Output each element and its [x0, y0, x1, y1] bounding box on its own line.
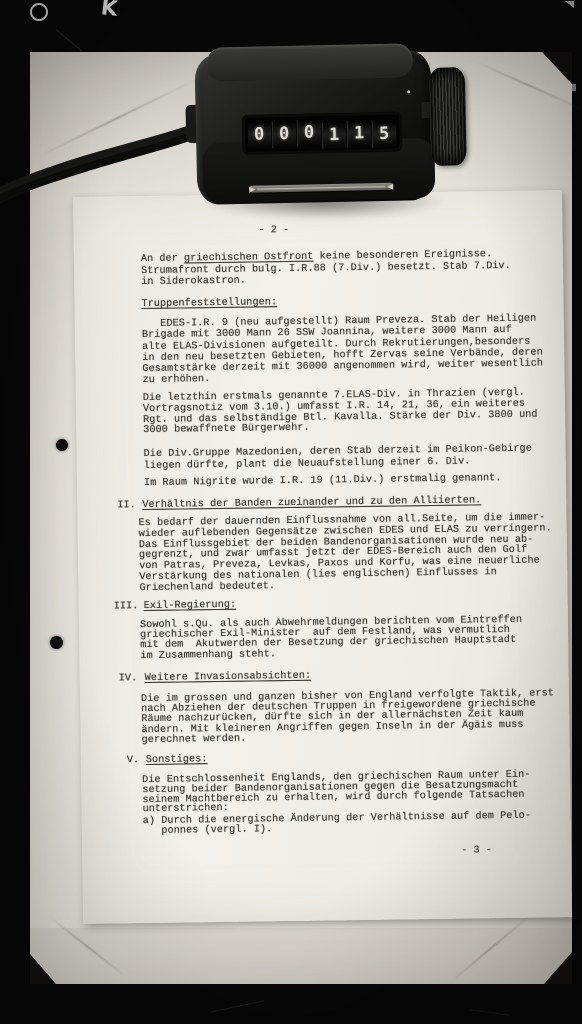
section-v-paragraph: Die Entschlossenheit Englands, den griec…: [142, 771, 531, 816]
film-speck-icon: [572, 84, 576, 91]
list-item-a: a) Durch die energische Änderung der Ver…: [143, 812, 532, 837]
section-iii-heading: III.Exil-Regierung:: [144, 600, 237, 613]
counter-digit: 5: [371, 120, 396, 147]
section-ii-paragraph: Es bedarf der dauernden Einflussnahme vo…: [139, 513, 553, 594]
slot-arrow-icon: [387, 183, 393, 189]
counter-screw-glint: [407, 90, 410, 93]
counter-digit: 0: [247, 121, 271, 148]
counter-digit: 1: [346, 120, 371, 147]
punch-hole: [50, 636, 63, 649]
section-iii-heading-number: III.: [114, 601, 139, 613]
film-scratch: [210, 1000, 264, 1012]
tally-counter: 000115: [184, 41, 479, 217]
section-iv-paragraph: Die im grossen und ganzen bisher von Eng…: [141, 689, 555, 746]
film-mark-k: K: [100, 0, 119, 21]
paragraph-elas-div: Die letzthin erstmals genannte 7.ELAS-Di…: [143, 389, 538, 438]
film-scratch: [56, 29, 83, 52]
counter-top-cap: [206, 43, 413, 81]
text-line: Sonstiges:: [146, 754, 208, 767]
counter-digit-window: 000115: [245, 115, 400, 152]
text-line: - 3 -: [461, 845, 492, 857]
counter-knob: [429, 67, 467, 166]
text-line: 3000 bewaffnete Bürgerwehr.: [143, 421, 538, 437]
photographed-document-scene: K - 2 -An der griechischen Ostfront kein…: [0, 0, 582, 1024]
section-iv-heading-number: IV.: [119, 673, 138, 685]
typed-sheet: - 2 -An der griechischen Ostfront keine …: [73, 190, 572, 924]
text-line: Truppenfeststellungen:: [141, 297, 277, 311]
paragraph-mazedonien: Die Div.Gruppe Mazedonien, deren Stab de…: [144, 444, 533, 472]
continuation-paragraph: An der griechischen Ostfront keine beson…: [141, 249, 511, 289]
section-iii-paragraph: Sowohl s.Qu. als auch Abwehrmeldungen be…: [140, 616, 523, 662]
film-speck-icon: [565, 1, 574, 8]
section-iv-heading: IV.Weitere Invasionsabsichten:: [145, 671, 312, 685]
envelope-bottom-flap: [30, 928, 572, 984]
paragraph-nigrite: Im Raum Nigrite wurde I.R. 19 (11.Div.) …: [144, 473, 502, 489]
heading-truppenfeststellungen: Truppenfeststellungen:: [141, 297, 277, 311]
film-scratch: [470, 1009, 510, 1016]
counter-digit: 0: [271, 120, 296, 147]
slot-line: [257, 185, 385, 190]
text-line: Im Raum Nigrite wurde I.R. 19 (11.Div.) …: [144, 473, 502, 489]
page-number-top: - 2 -: [258, 225, 289, 237]
film-mark-circle-icon: [30, 3, 48, 21]
paragraph-edes: EDES-I.R. 9 (neu aufgestellt) Raum Preve…: [142, 313, 544, 386]
text-line: Exil-Regierung:: [144, 600, 237, 613]
counter-digit: 1: [321, 121, 346, 148]
text-line: Weitere Invasionsabsichten:: [145, 671, 312, 685]
page-number-bottom: - 3 -: [461, 845, 492, 857]
section-v-heading-number: V.: [127, 755, 139, 767]
counter-digit: 0: [296, 119, 321, 146]
section-v-heading: V.Sonstiges:: [146, 754, 208, 767]
section-ii-heading-number: II.: [117, 500, 136, 512]
section-ii-heading: II.Verhältnis der Banden zueinander und …: [142, 495, 481, 512]
text-line: - 2 -: [258, 225, 289, 237]
slot-arrow-icon: [249, 186, 255, 192]
text-line: Verhältnis der Banden zueinander und zu …: [142, 495, 481, 512]
punch-hole: [56, 439, 68, 451]
